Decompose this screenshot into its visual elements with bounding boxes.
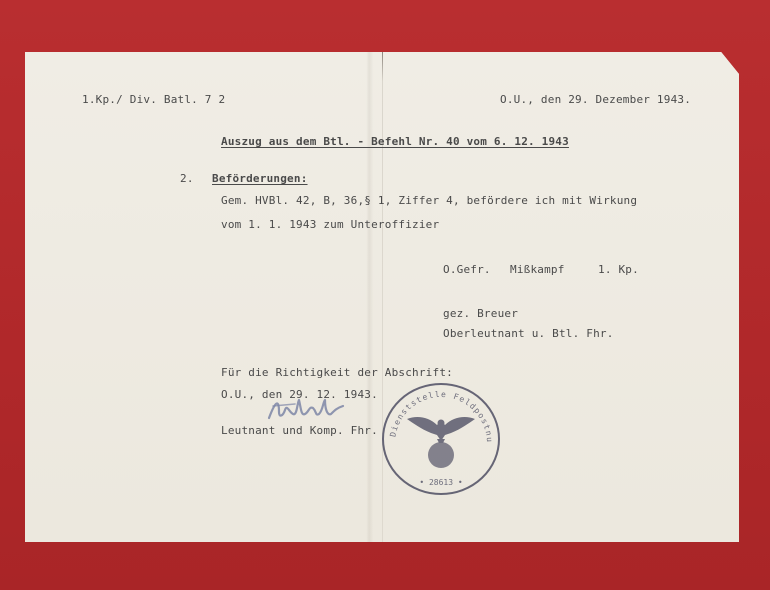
section-heading: Beförderungen: (212, 172, 308, 186)
handwritten-signature (265, 392, 345, 424)
signed-by: gez. Breuer (443, 307, 518, 321)
svg-text:• 28613 •: • 28613 • (419, 478, 462, 487)
body-line-1: Gem. HVBl. 42, B, 36,§ 1, Ziffer 4, befö… (221, 194, 637, 208)
certifier-title: Leutnant und Komp. Fhr. (221, 424, 378, 438)
promotee-unit: 1. Kp. (598, 263, 639, 277)
signer-title: Oberleutnant u. Btl. Fhr. (443, 327, 614, 341)
body-line-2: vom 1. 1. 1943 zum Unteroffizier (221, 218, 439, 232)
promotee-name: Mißkampf (510, 263, 565, 277)
official-stamp: Dienststelle Feldpostnummer • 28613 • (377, 377, 505, 497)
eagle-emblem-icon (407, 417, 475, 468)
header-unit: 1.Kp./ Div. Batl. 7 2 (82, 93, 225, 107)
document-paper: 1.Kp./ Div. Batl. 7 2 O.U., den 29. Deze… (25, 52, 739, 542)
document-title: Auszug aus dem Btl. - Befehl Nr. 40 vom … (221, 135, 569, 149)
section-number: 2. (180, 172, 194, 186)
header-date: O.U., den 29. Dezember 1943. (500, 93, 691, 107)
promotee-rank: O.Gefr. (443, 263, 491, 277)
